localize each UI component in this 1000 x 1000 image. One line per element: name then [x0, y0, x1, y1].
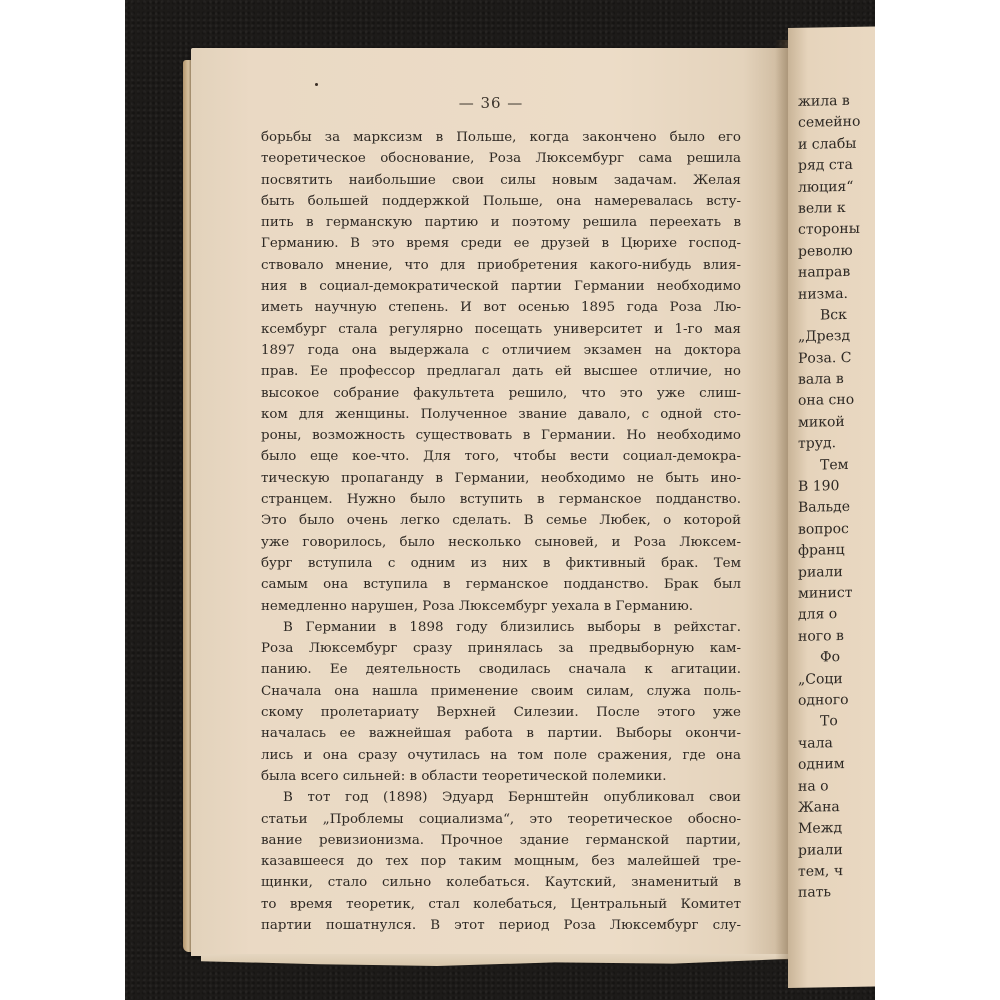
- text-line: Это было очень легко сделать. В семье Лю…: [261, 510, 741, 531]
- text-line: роны, возможность существовать в Германи…: [261, 425, 741, 446]
- text-line: иметь научную степень. И вот осенью 1895…: [261, 297, 741, 318]
- left-page: — 36 — борьбы за марксизм в Польше, когд…: [191, 48, 791, 956]
- text-line: для о: [798, 604, 860, 626]
- text-line: риали: [798, 561, 860, 583]
- text-line: вопрос: [798, 519, 860, 541]
- right-page: жила в семейно и слабы ряд ста люция“ ве…: [788, 26, 875, 988]
- text-line: „Соци: [798, 668, 860, 690]
- text-line: ксембург стала регулярно посещать универ…: [261, 319, 741, 340]
- text-line: Фо: [798, 647, 860, 669]
- text-line: тическую пропаганду в Германии, необходи…: [261, 468, 741, 489]
- text-line: Роза Люксембург сразу принялась за предв…: [261, 638, 741, 659]
- text-line: Вск: [798, 305, 860, 327]
- text-line: Тем: [798, 454, 860, 476]
- paper-blemish: [315, 83, 318, 86]
- text-line: началась ее важнейшая работа в партии. В…: [261, 723, 741, 744]
- text-line: ствовало мнение, что для приобретения ка…: [261, 255, 741, 276]
- text-line: ния в социал-демократической партии Герм…: [261, 276, 741, 297]
- text-line: пить в германскую партию и поэтому решил…: [261, 212, 741, 233]
- paragraph-end-line: немедленно нарушен, Роза Люксембург уеха…: [261, 596, 741, 617]
- text-line: теоретическое обоснование, Роза Люксембу…: [261, 148, 741, 169]
- text-line: ного в: [798, 626, 860, 648]
- text-line: то время теоретик, стал колебаться, Цент…: [261, 894, 741, 915]
- text-line: стороны: [798, 219, 860, 241]
- text-line: Межд: [798, 818, 860, 840]
- text-line: вели к: [798, 198, 860, 220]
- text-line: лись и она сразу очутилась на том поле с…: [261, 745, 741, 766]
- text-line: Роза. С: [798, 347, 860, 369]
- text-line: вала в: [798, 369, 860, 391]
- text-line: посвятить наибольшие свои силы новым зад…: [261, 170, 741, 191]
- text-line: ком для женщины. Полученное звание давал…: [261, 404, 741, 425]
- right-page-body-text: жила в семейно и слабы ряд ста люция“ ве…: [798, 91, 860, 905]
- text-line: самым она вступила в германское подданст…: [261, 574, 741, 595]
- text-line: щинки, стало сильно колебаться. Каутский…: [261, 872, 741, 893]
- text-line: панию. Ее деятельность сводилась сначала…: [261, 659, 741, 680]
- paragraph-start-line: В Германии в 1898 году близились выборы …: [261, 617, 741, 638]
- text-line: риали: [798, 839, 860, 861]
- text-line: прав. Ее профессор предлагал дать ей выс…: [261, 361, 741, 382]
- paragraph-end-line: была всего сильней: в области теоретичес…: [261, 766, 741, 787]
- text-line: семейно: [798, 112, 860, 134]
- text-line: статьи „Проблемы социализма“, это теорет…: [261, 809, 741, 830]
- text-line: партии пошатнулся. В этот период Роза Лю…: [261, 915, 741, 936]
- text-line: Вальде: [798, 497, 860, 519]
- text-line: чала: [798, 732, 860, 754]
- text-line: одного: [798, 690, 860, 712]
- text-line: Сначала она нашла применение своим силам…: [261, 681, 741, 702]
- text-line: „Дрезд: [798, 326, 860, 348]
- text-line: 1897 года она выдержала с отличием экзам…: [261, 340, 741, 361]
- text-line: Жана: [798, 797, 860, 819]
- text-line: труд.: [798, 433, 860, 455]
- text-line: микой: [798, 412, 860, 434]
- book-photo: — 36 — борьбы за марксизм в Польше, когд…: [125, 0, 875, 1000]
- text-line: она сно: [798, 390, 860, 412]
- page-number: — 36 —: [191, 94, 791, 112]
- paragraph-start-line: В тот год (1898) Эдуард Бернштейн опубли…: [261, 787, 741, 808]
- text-line: То: [798, 711, 860, 733]
- text-line: Германию. В это время среди ее друзей в …: [261, 233, 741, 254]
- text-line: В 190: [798, 476, 860, 498]
- text-line: странцем. Нужно было вступить в германск…: [261, 489, 741, 510]
- text-line: высокое собрание факультета решило, что …: [261, 383, 741, 404]
- text-line: и слабы: [798, 134, 860, 156]
- text-line: низма.: [798, 283, 860, 305]
- text-line: вание ревизионизма. Прочное здание герма…: [261, 830, 741, 851]
- text-line: жила в: [798, 91, 860, 113]
- text-line: минист: [798, 583, 860, 605]
- text-line: ряд ста: [798, 155, 860, 177]
- text-line: одним: [798, 754, 860, 776]
- text-line: быть большей поддержкой Польше, она наме…: [261, 191, 741, 212]
- text-line: скому пролетариату Верхней Силезии. Посл…: [261, 702, 741, 723]
- text-line: было еще кое-что. Для того, чтобы вести …: [261, 446, 741, 467]
- text-line: борьбы за марксизм в Польше, когда закон…: [261, 127, 741, 148]
- text-line: бург вступила с одним из них в фиктивный…: [261, 553, 741, 574]
- text-line: люция“: [798, 176, 860, 198]
- left-page-body-text: борьбы за марксизм в Польше, когда закон…: [261, 127, 741, 936]
- text-line: револю: [798, 240, 860, 262]
- text-line: казавшееся до тех пор таким мощным, без …: [261, 851, 741, 872]
- text-line: уже говорилось, было несколько сыновей, …: [261, 532, 741, 553]
- text-line: франц: [798, 540, 860, 562]
- text-line: тем, ч: [798, 861, 860, 883]
- text-line: пать: [798, 882, 860, 904]
- text-line: направ: [798, 262, 860, 284]
- text-line: на о: [798, 775, 860, 797]
